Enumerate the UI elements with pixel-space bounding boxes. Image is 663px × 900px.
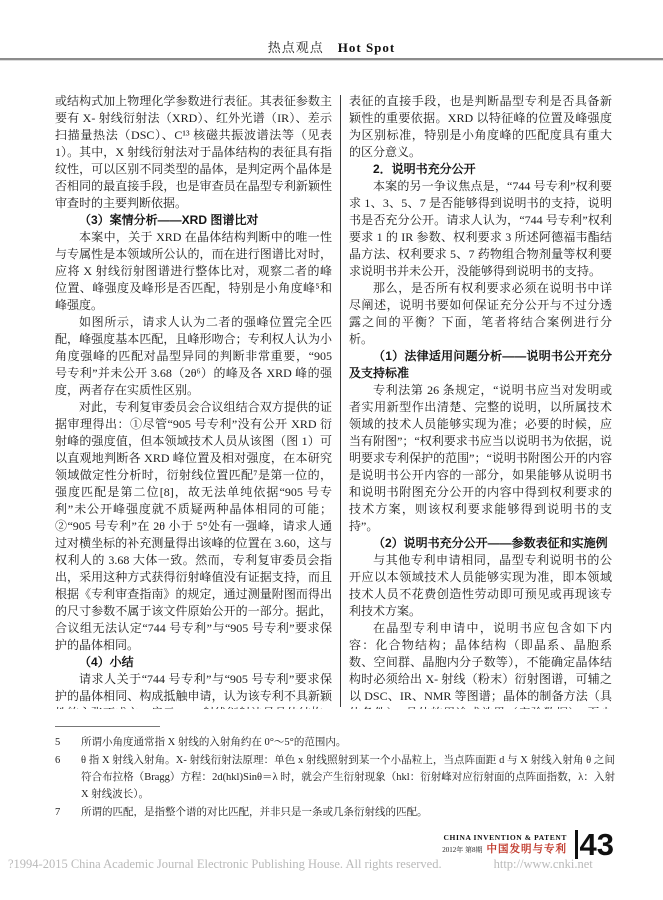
paragraph: 与其他专利申请相同，晶型专利说明书的公开应以本领域技术人员能够实现为准，即本领域…	[349, 552, 612, 620]
footnotes: 5 所谓小角度通常指 X 射线的入射角约在 0°～5°的范围内。 6 θ 指 X…	[55, 726, 615, 822]
journal-issue-line: 2012年 第8期中国发明与专利	[442, 843, 567, 856]
left-column: 或结构式加上物理化学参数进行表征。其表征参数主要有 X- 射线衍射法（XRD）、…	[55, 93, 332, 709]
footnote-number: 7	[55, 804, 81, 821]
paragraph: 或结构式加上物理化学参数进行表征。其表征参数主要有 X- 射线衍射法（XRD）、…	[55, 93, 332, 212]
section-heading: （2）说明书充分公开——参数表征和实施例	[349, 535, 612, 552]
section-heading: （1）法律适用问题分析——说明书公开充分及支持标准	[349, 348, 612, 382]
footnote-item: 7 所谓的匹配，是指整个谱的对比匹配，并非只是一条或几条衍射线的匹配。	[55, 804, 615, 821]
copyright-strip: ?1994-2015 China Academic Journal Electr…	[8, 857, 655, 872]
paragraph: 在晶型专利申请中，说明书应包含如下内容：化合物结构；晶体结构（即晶系、晶胞系数、…	[349, 620, 612, 709]
footnote-item: 6 θ 指 X 射线入射角。X- 射线衍射法原理：单色 x 射线照射到某一个小晶…	[55, 752, 615, 803]
running-head-en: Hot Spot	[338, 40, 395, 55]
footnote-text: 所谓的匹配，是指整个谱的对比匹配，并非只是一条或几条衍射线的匹配。	[81, 804, 615, 821]
footnote-text: θ 指 X 射线入射角。X- 射线衍射法原理：单色 x 射线照射到某一个小晶粒上…	[81, 752, 615, 803]
footer-divider-bar	[575, 830, 578, 859]
section-heading: 2．说明书充分公开	[349, 161, 612, 178]
header-rule	[0, 58, 663, 61]
footnote-separator	[55, 726, 160, 727]
copyright-url: http://www.cnki.net	[494, 857, 593, 871]
paragraph: 专利法第 26 条规定，“说明书应当对发明或者实用新型作出清楚、完整的说明，以所…	[349, 382, 612, 535]
running-head-cn: 热点观点	[268, 40, 324, 55]
paragraph: 表征的直接手段，也是判断晶型专利是否具备新颖性的重要依据。XRD 以特征峰的位置…	[349, 93, 612, 161]
footnote-text: 所谓小角度通常指 X 射线的入射角约在 0°～5°的范围内。	[81, 734, 615, 751]
paragraph: 如图所示，请求人认为二者的强峰位置完全匹配，峰强度基本匹配，且峰形吻合；专利权人…	[55, 314, 332, 399]
column-divider	[340, 95, 341, 707]
paragraph: 本案中，关于 XRD 在晶体结构判断中的唯一性与专属性是本领域所公认的，而在进行…	[55, 229, 332, 314]
paragraph: 本案的另一争议焦点是，“744 号专利”权利要求 1、3、5、7 是否能够得到说…	[349, 178, 612, 280]
section-heading: （3）案情分析——XRD 图谱比对	[55, 212, 332, 229]
paragraph: 请求人关于“744 号专利”与“905 号专利”要求保护的晶体相同、构成抵触申请…	[55, 671, 332, 709]
right-column: 表征的直接手段，也是判断晶型专利是否具备新颖性的重要依据。XRD 以特征峰的位置…	[349, 93, 612, 709]
footnote-number: 6	[55, 752, 81, 803]
journal-name-en: CHINA INVENTION & PATENT	[442, 833, 567, 842]
paragraph: 那么，是否所有权利要求必须在说明书中详尽阐述，说明书要如何保证充分公开与不过分透…	[349, 280, 612, 348]
copyright-notice: ?1994-2015 China Academic Journal Electr…	[8, 857, 442, 871]
journal-footer: CHINA INVENTION & PATENT 2012年 第8期中国发明与专…	[442, 829, 614, 860]
running-head: 热点观点Hot Spot	[0, 37, 663, 56]
footnote-item: 5 所谓小角度通常指 X 射线的入射角约在 0°～5°的范围内。	[55, 734, 615, 751]
article-body: 或结构式加上物理化学参数进行表征。其表征参数主要有 X- 射线衍射法（XRD）、…	[55, 93, 612, 709]
paragraph: 对此，专利复审委员会合议组结合双方提供的证据审理得出：①尽管“905 号专利”没…	[55, 399, 332, 654]
journal-footer-text: CHINA INVENTION & PATENT 2012年 第8期中国发明与专…	[442, 833, 567, 856]
footnote-number: 5	[55, 734, 81, 751]
section-heading: （4）小结	[55, 654, 332, 671]
journal-name-cn: 中国发明与专利	[487, 844, 568, 855]
page-number: 43	[580, 829, 614, 860]
journal-issue: 2012年 第8期	[442, 846, 482, 854]
